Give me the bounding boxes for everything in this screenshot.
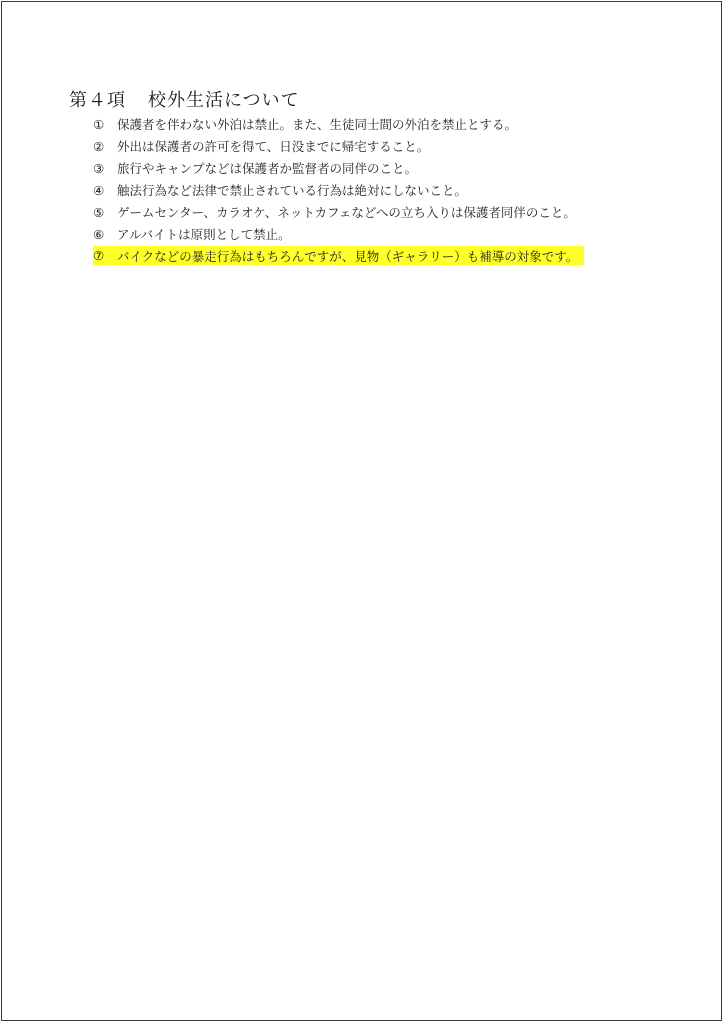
rule-item-2: ② 外出は保護者の許可を得て、日没までに帰宅すること。 — [93, 135, 584, 157]
rule-number: ① — [93, 117, 117, 132]
rule-text: バイクなどの暴走行為はもちろんですが、見物（ギャラリー）も補導の対象です。 — [117, 247, 578, 265]
document-page: 第４項校外生活について ① 保護者を伴わない外泊は禁止。また、生徒同士間の外泊を… — [1, 1, 722, 1021]
rule-item-6: ⑥ アルバイトは原則として禁止。 — [93, 223, 584, 245]
section-number: 第４項 — [69, 90, 126, 111]
section-heading: 校外生活について — [148, 90, 300, 111]
rule-number: ⑥ — [93, 227, 117, 242]
rule-number: ⑦ — [93, 248, 117, 263]
rules-list: ① 保護者を伴わない外泊は禁止。また、生徒同士間の外泊を禁止とする。 ② 外出は… — [93, 113, 584, 265]
rule-text: 外出は保護者の許可を得て、日没までに帰宅すること。 — [117, 137, 429, 155]
rule-text: 触法行為など法律で禁止されている行為は絶対にしないこと。 — [117, 181, 467, 199]
rule-item-4: ④ 触法行為など法律で禁止されている行為は絶対にしないこと。 — [93, 179, 584, 201]
rule-number: ③ — [93, 161, 117, 176]
rule-number: ④ — [93, 183, 117, 198]
rule-text: アルバイトは原則として禁止。 — [117, 225, 291, 243]
section-title: 第４項校外生活について — [69, 90, 300, 112]
rule-text: ゲームセンター、カラオケ、ネットカフェなどへの立ち入りは保護者同伴のこと。 — [117, 203, 576, 221]
rule-item-5: ⑤ ゲームセンター、カラオケ、ネットカフェなどへの立ち入りは保護者同伴のこと。 — [93, 201, 584, 223]
rule-number: ⑤ — [93, 205, 117, 220]
rule-number: ② — [93, 139, 117, 154]
rule-text: 保護者を伴わない外泊は禁止。また、生徒同士間の外泊を禁止とする。 — [117, 115, 517, 133]
rule-item-1: ① 保護者を伴わない外泊は禁止。また、生徒同士間の外泊を禁止とする。 — [93, 113, 584, 135]
rule-text: 旅行やキャンプなどは保護者か監督者の同伴のこと。 — [117, 159, 417, 177]
rule-item-7-highlighted: ⑦ バイクなどの暴走行為はもちろんですが、見物（ギャラリー）も補導の対象です。 — [93, 246, 584, 265]
rule-item-3: ③ 旅行やキャンプなどは保護者か監督者の同伴のこと。 — [93, 157, 584, 179]
